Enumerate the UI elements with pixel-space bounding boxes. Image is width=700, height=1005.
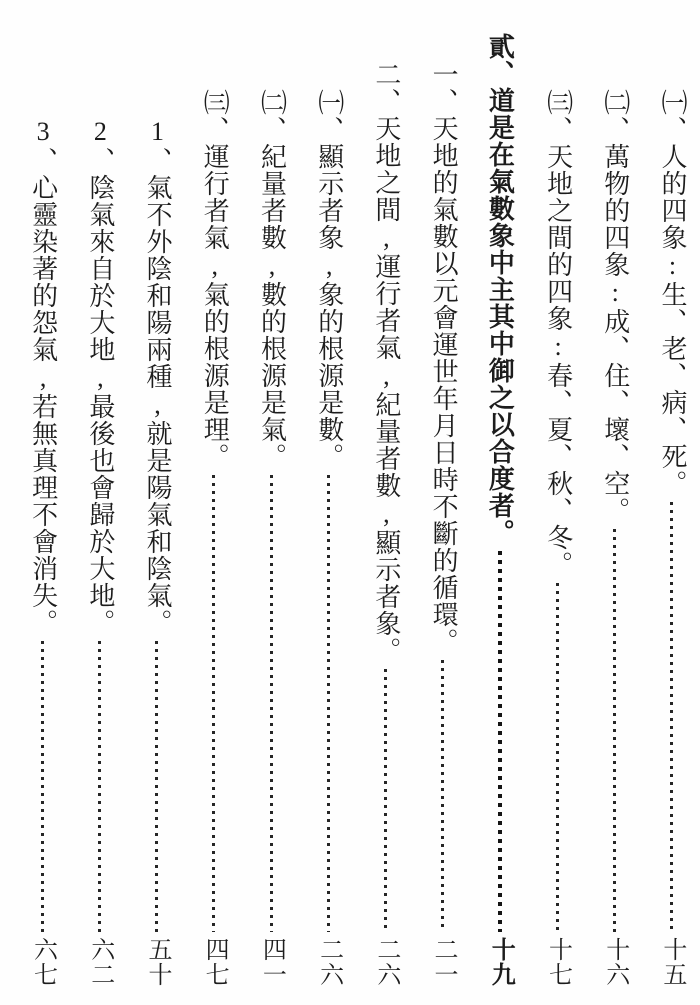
toc-page-number: 二一 bbox=[430, 937, 456, 987]
toc-entry: 一、天地的氣數以元會運世年月日時不斷的循環。 二一 bbox=[429, 33, 458, 987]
dot-leader bbox=[270, 475, 273, 932]
toc-page-number: 十九 bbox=[487, 937, 513, 987]
toc-entry: ㈠、人的四象:生、老、病、死。 十五 bbox=[657, 33, 686, 987]
dot-leader bbox=[41, 641, 44, 932]
toc-entry-text: ㈠、顯示者象,象的根源是數。 bbox=[314, 89, 343, 470]
dot-leader bbox=[613, 529, 616, 932]
toc-entry-text: 1、氣不外陰和陽兩種,就是陽氣和陰氣。 bbox=[142, 117, 171, 636]
table-of-contents: ㈠、人的四象:生、老、病、死。 十五 ㈡、萬物的四象:成、住、壞、空。 十六 ㈢… bbox=[28, 33, 686, 987]
toc-entry-text: 2、陰氣來自於大地,最後也會歸於大地。 bbox=[85, 117, 114, 636]
toc-entry: 3、心靈染著的怨氣,若無真理不會消失。 六七 bbox=[28, 33, 57, 987]
dot-leader bbox=[155, 641, 158, 932]
toc-entry: 1、氣不外陰和陽兩種,就是陽氣和陰氣。 五十 bbox=[142, 33, 171, 987]
toc-page-number: 五十 bbox=[144, 937, 170, 987]
toc-entry-text: ㈢、運行者氣,氣的根源是理。 bbox=[200, 89, 229, 470]
dot-leader bbox=[212, 475, 215, 932]
toc-page-number: 二六 bbox=[315, 937, 341, 987]
dot-leader bbox=[556, 583, 559, 932]
dot-leader bbox=[98, 641, 101, 932]
toc-entry: ㈠、顯示者象,象的根源是數。 二六 bbox=[314, 33, 343, 987]
toc-entry: ㈡、萬物的四象:成、住、壞、空。 十六 bbox=[600, 33, 629, 987]
toc-entry-text: ㈢、天地之間的四象:春、夏、秋、冬。 bbox=[543, 89, 572, 578]
toc-entry: 2、陰氣來自於大地,最後也會歸於大地。 六二 bbox=[85, 33, 114, 987]
toc-page-number: 十六 bbox=[601, 937, 627, 987]
toc-entry-text: ㈡、紀量者數,數的根源是氣。 bbox=[257, 89, 286, 470]
toc-page-number: 四七 bbox=[201, 937, 227, 987]
toc-entry: ㈢、天地之間的四象:春、夏、秋、冬。 十七 bbox=[543, 33, 572, 987]
toc-entry-text: 貳、道是在氣數象中主其中御之以合度者。 bbox=[486, 33, 515, 546]
toc-entry: ㈡、紀量者數,數的根源是氣。 四一 bbox=[257, 33, 286, 987]
dot-leader bbox=[327, 475, 330, 932]
toc-page-number: 二六 bbox=[372, 937, 398, 987]
dot-leader bbox=[670, 502, 673, 932]
toc-entry-text: ㈡、萬物的四象:成、住、壞、空。 bbox=[600, 89, 629, 524]
toc-page-number: 六七 bbox=[29, 937, 55, 987]
toc-entry-text: 3、心靈染著的怨氣,若無真理不會消失。 bbox=[28, 117, 57, 636]
toc-entry-text: 一、天地的氣數以元會運世年月日時不斷的循環。 bbox=[429, 61, 458, 655]
dot-leader bbox=[441, 660, 444, 932]
toc-entry: 二、天地之間,運行者氣,紀量者數,顯示者象。 二六 bbox=[371, 33, 400, 987]
toc-page-number: 十七 bbox=[544, 937, 570, 987]
toc-page-number: 四一 bbox=[258, 937, 284, 987]
dot-leader bbox=[498, 551, 502, 932]
toc-section-heading: 貳、道是在氣數象中主其中御之以合度者。 十九 bbox=[486, 33, 515, 987]
toc-entry: ㈢、運行者氣,氣的根源是理。 四七 bbox=[200, 33, 229, 987]
toc-page-number: 十五 bbox=[659, 937, 685, 987]
book-page: ㈠、人的四象:生、老、病、死。 十五 ㈡、萬物的四象:成、住、壞、空。 十六 ㈢… bbox=[0, 0, 700, 1005]
toc-entry-text: ㈠、人的四象:生、老、病、死。 bbox=[657, 89, 686, 497]
toc-entry-text: 二、天地之間,運行者氣,紀量者數,顯示者象。 bbox=[371, 61, 400, 664]
dot-leader bbox=[384, 669, 387, 932]
toc-page-number: 六二 bbox=[86, 937, 112, 987]
